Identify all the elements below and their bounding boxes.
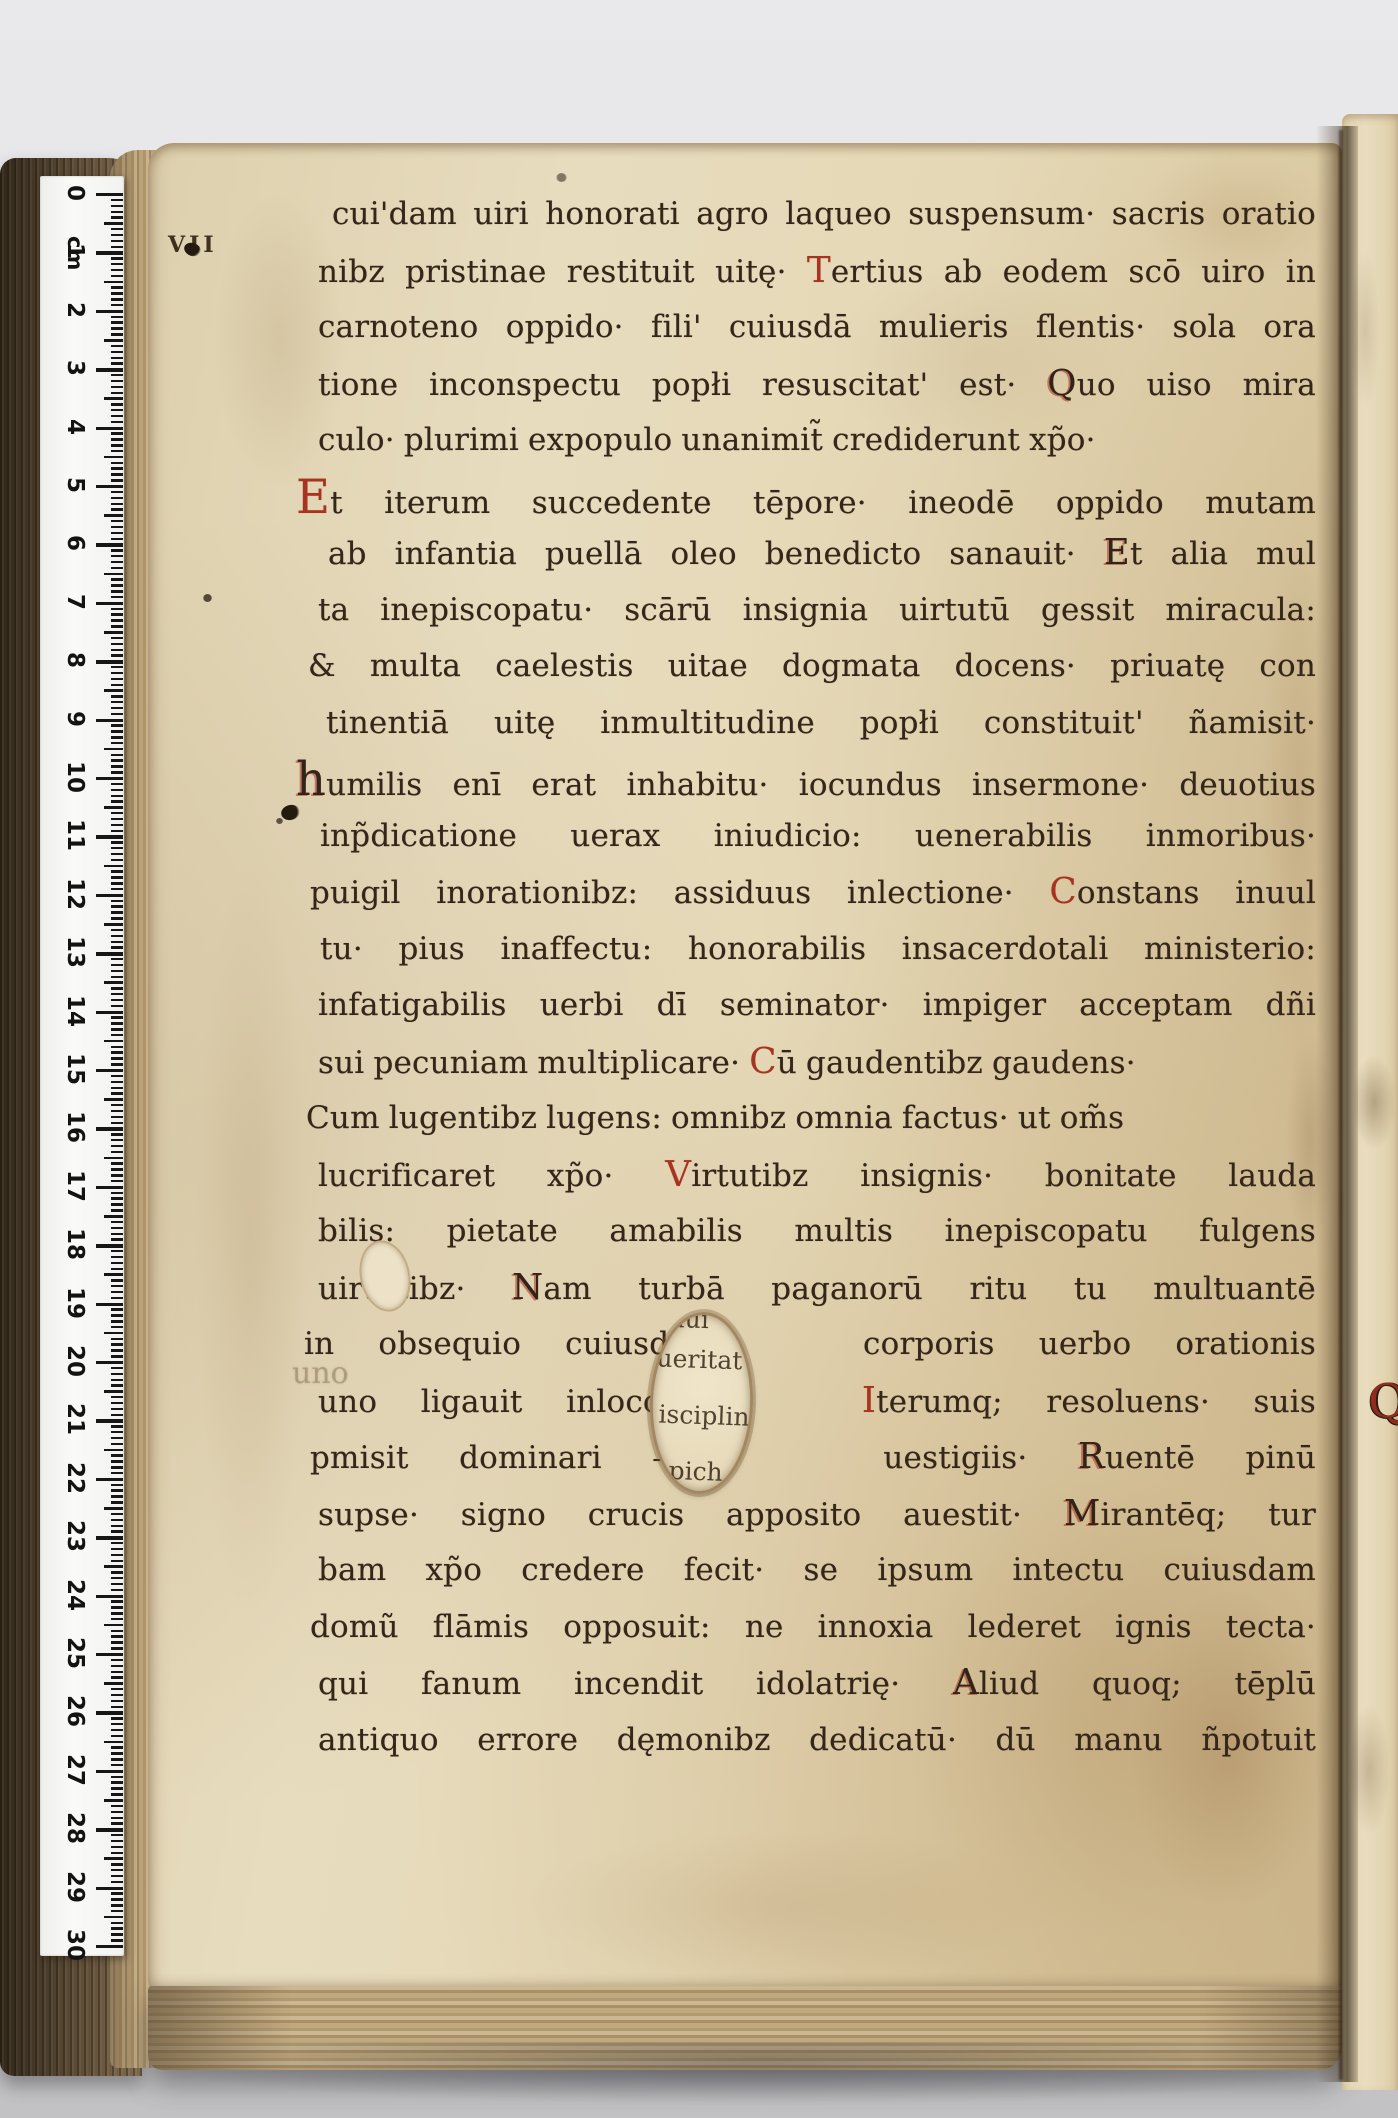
- ruler-tick: [111, 1542, 123, 1544]
- ruler-tick: [111, 421, 123, 423]
- ruler-tick: [111, 1519, 123, 1521]
- ruler-tick: [111, 1454, 123, 1456]
- ruler-tick: [111, 941, 123, 943]
- ruler-tick: [111, 444, 123, 446]
- ruler-tick: [111, 1513, 123, 1515]
- ruler-tick: [111, 228, 123, 230]
- ruler-tick: [96, 1186, 123, 1189]
- ruler-tick: [111, 1758, 123, 1760]
- ruler-tick: [111, 1922, 123, 1924]
- ruler-tick: [111, 596, 123, 598]
- ruler-tick: [111, 555, 123, 557]
- ruler-tick: [111, 386, 123, 388]
- ruler-tick: [111, 830, 123, 832]
- hole-underpage-text: pich: [668, 1456, 723, 1487]
- ruler-tick: [111, 1530, 123, 1532]
- ruler-tick: [104, 748, 123, 751]
- ruler-tick: [111, 1192, 123, 1194]
- ruler-tick: [111, 1700, 123, 1702]
- ruler-tick: [111, 374, 123, 376]
- ruler-tick: [111, 613, 123, 615]
- ink-blot: [556, 173, 567, 182]
- text-line: supse· signo crucis apposito auestit· Mi…: [296, 1486, 1316, 1543]
- hole-underpage-text: aui: [669, 1310, 709, 1334]
- ruler-tick: [111, 649, 123, 651]
- ruler-tick: [111, 999, 123, 1001]
- ruler-number: 11: [64, 818, 86, 852]
- ruler-tick: [111, 1396, 123, 1398]
- ruler-number: 29: [64, 1870, 86, 1904]
- ruler-tick: [111, 345, 123, 347]
- ruler-tick: [96, 1419, 123, 1422]
- ruler-tick: [96, 1828, 123, 1831]
- line-text: antiquo errore dęmonibz dedicatū· dū man…: [318, 1722, 1316, 1758]
- ruler-tick: [104, 1449, 123, 1452]
- ruler-tick: [111, 1606, 123, 1608]
- ruler-tick: [111, 795, 123, 797]
- line-text: irantēq; tur: [1101, 1497, 1316, 1533]
- ruler-tick: [111, 1694, 123, 1696]
- ruler-tick: [111, 643, 123, 645]
- ruler-tick: [111, 730, 123, 732]
- ruler-tick: [96, 660, 123, 663]
- ruler-unit-label: cm: [64, 236, 86, 270]
- ruler-tick: [104, 923, 123, 926]
- rubricated-initial: V: [665, 1154, 691, 1195]
- ruler-number: 27: [64, 1753, 86, 1787]
- ruler-tick: [111, 1320, 123, 1322]
- text-line: in obsequio cuiusdācorporis uerbo oratio…: [296, 1316, 1316, 1373]
- ruler-tick: [111, 1384, 123, 1386]
- ruler-tick: [111, 736, 123, 738]
- ruler-tick: [111, 853, 123, 855]
- ruler-tick: [111, 1717, 123, 1719]
- ruler-tick: [111, 1840, 123, 1842]
- ruler-tick: [111, 1338, 123, 1340]
- ruler-tick: [111, 246, 123, 248]
- ruler-tick: [111, 1869, 123, 1871]
- ruler-tick: [104, 1799, 123, 1802]
- ruler-tick: [111, 1326, 123, 1328]
- text-line: ab infantia puellā oleo benedicto sanaui…: [296, 525, 1316, 582]
- ruler-tick: [111, 380, 123, 382]
- ruler-tick: [111, 1425, 123, 1427]
- line-text: in obsequio cuiusdā: [304, 1326, 688, 1362]
- ruler-tick: [111, 1256, 123, 1258]
- ruler-tick: [111, 870, 123, 872]
- ruler-tick: [96, 1361, 123, 1364]
- ruler-tick: [111, 333, 123, 335]
- line-text: t alia mul: [1130, 536, 1316, 572]
- ruler-tick: [111, 508, 123, 510]
- ruler-tick: [111, 1466, 123, 1468]
- ruler-tick: [104, 1040, 123, 1043]
- ruler-number: 6: [64, 526, 86, 560]
- ruler-tick: [111, 257, 123, 259]
- ruler-tick: [111, 503, 123, 505]
- ruler-number: 16: [64, 1110, 86, 1144]
- line-text: tu· pius inaffectu: honorabilis insacerd…: [320, 931, 1316, 967]
- line-text: culo· plurimi expopulo unanimit̃ credide…: [318, 422, 1096, 458]
- text-line: puigil inorationibz: assiduus inlectione…: [296, 864, 1316, 921]
- ruler-tick: [104, 1624, 123, 1627]
- text-line: sui pecuniam multiplicare· Cū gaudentibz…: [296, 1034, 1316, 1091]
- ruler-tick: [111, 917, 123, 919]
- text-line: cui'dam uiri honorati agro laqueo suspen…: [296, 186, 1316, 243]
- line-text: pmisit dominari —: [310, 1440, 683, 1476]
- ruler-tick: [111, 1046, 123, 1048]
- ruler-tick: [96, 602, 123, 605]
- ruler-tick: [111, 812, 123, 814]
- ruler-tick: [111, 1133, 123, 1135]
- ruler-tick: [111, 672, 123, 674]
- ruler-tick: [111, 1764, 123, 1766]
- ruler-tick: [111, 1343, 123, 1345]
- ruler-tick: [111, 1554, 123, 1556]
- line-text: umilis enī erat inhabitu· iocundus inser…: [326, 767, 1316, 803]
- ruler-number: 0: [64, 176, 86, 210]
- line-text: cui'dam uiri honorati agro laqueo suspen…: [332, 196, 1316, 232]
- ruler-tick: [111, 578, 123, 580]
- ruler-tick: [111, 473, 123, 475]
- ruler-tick: [104, 456, 123, 459]
- text-line: qui fanum incendit idolatrię· Aliud quoq…: [296, 1655, 1316, 1712]
- ruler-tick: [111, 584, 123, 586]
- ruler-tick: [111, 1781, 123, 1783]
- ruler-tick: [111, 1489, 123, 1491]
- ruler-number: 20: [64, 1344, 86, 1378]
- ruler-number: 22: [64, 1461, 86, 1495]
- ruler-tick: [111, 765, 123, 767]
- ruler-tick: [111, 497, 123, 499]
- ruler-tick: [111, 905, 123, 907]
- ruler-tick: [111, 1431, 123, 1433]
- cm-ruler: 0123456789101112131415161718192021222324…: [40, 176, 124, 1956]
- ruler-tick: [111, 900, 123, 902]
- ruler-tick: [111, 993, 123, 995]
- ruler-tick: [96, 952, 123, 955]
- ruler-tick: [111, 409, 123, 411]
- text-line: & multa caelestis uitae dogmata docens· …: [296, 638, 1316, 695]
- ruler-tick: [111, 1863, 123, 1865]
- text-line: uno ligauit inloco·Iterumq; resoluens· s…: [296, 1373, 1316, 1430]
- text-line: tione inconspectu popłi resuscitat' est·…: [296, 356, 1316, 413]
- ruler-tick: [111, 608, 123, 610]
- book-drop-shadow: [120, 2042, 1398, 2106]
- ruler-tick: [111, 1933, 123, 1935]
- ruler-number: 19: [64, 1286, 86, 1320]
- rubricated-initial: I: [862, 1380, 876, 1421]
- ruler-tick: [111, 1145, 123, 1147]
- ruler-tick: [111, 205, 123, 207]
- ruler-tick: [111, 1116, 123, 1118]
- ruler-tick: [111, 724, 123, 726]
- ruler-tick: [111, 1414, 123, 1416]
- ruler-tick: [111, 269, 123, 271]
- ruler-tick: [111, 847, 123, 849]
- facing-page-initial-letter: Q: [1368, 1378, 1398, 1425]
- text-block: cui'dam uiri honorati agro laqueo suspen…: [296, 186, 1316, 1768]
- ruler-tick: [111, 1881, 123, 1883]
- ruler-number: 8: [64, 643, 86, 677]
- ruler-tick: [111, 1846, 123, 1848]
- line-text: ū gaudentibz gaudens·: [777, 1045, 1136, 1081]
- ruler-tick: [96, 368, 123, 371]
- ruler-tick: [111, 1355, 123, 1357]
- rubricated-initial: R: [1078, 1436, 1105, 1477]
- gutter-crease: [1339, 130, 1343, 2080]
- ruler-tick: [111, 304, 123, 306]
- rubricated-initial: Q: [1047, 363, 1076, 404]
- ruler-number: 3: [64, 351, 86, 385]
- ruler-tick: [111, 234, 123, 236]
- text-line: bam xp̃o credere fecit· se ipsum intectu…: [296, 1542, 1316, 1599]
- ruler-tick: [96, 485, 123, 488]
- text-line: Cum lugentibz lugens: omnibz omnia factu…: [296, 1090, 1316, 1147]
- ruler-tick: [104, 514, 123, 517]
- ruler-tick: [111, 1022, 123, 1024]
- ruler-tick: [111, 859, 123, 861]
- ruler-tick: [111, 1939, 123, 1941]
- ruler-tick: [111, 1379, 123, 1381]
- ruler-tick: [111, 1875, 123, 1877]
- ruler-tick: [111, 1308, 123, 1310]
- ruler-tick: [111, 415, 123, 417]
- line-text: carnoteno oppido· fili' cuiusdā mulieris…: [318, 309, 1316, 345]
- ruler-number: 7: [64, 585, 86, 619]
- text-line: domũ flāmis opposuit: ne innoxia lederet…: [296, 1599, 1316, 1656]
- ruler-tick: [104, 1273, 123, 1276]
- ruler-tick: [104, 281, 123, 284]
- ruler-tick: [111, 970, 123, 972]
- line-text: tinentiā uitę inmultitudine popłi consti…: [326, 705, 1316, 741]
- line-text: ab infantia puellā oleo benedicto sanaui…: [328, 536, 1104, 572]
- ruler-tick: [111, 321, 123, 323]
- text-line: lucrificaret xp̃o· Virtutibz insignis· b…: [296, 1147, 1316, 1204]
- ruler-tick: [96, 719, 123, 722]
- ruler-tick: [111, 1051, 123, 1053]
- ruler-tick: [111, 754, 123, 756]
- line-text: infatigabilis uerbi dī seminator· impige…: [318, 987, 1316, 1023]
- ruler-tick: [111, 1525, 123, 1527]
- ruler-tick: [111, 1577, 123, 1579]
- line-text: am turbā paganorū ritu tu multuantē: [543, 1271, 1316, 1307]
- ruler-tick: [111, 357, 123, 359]
- ruler-tick: [111, 1092, 123, 1094]
- ruler-tick: [96, 1011, 123, 1014]
- ruler-tick: [111, 713, 123, 715]
- ruler-tick: [111, 327, 123, 329]
- line-text: liud quoq; tēplū: [979, 1666, 1316, 1702]
- ruler-tick: [111, 1279, 123, 1281]
- line-text: uirtutibz·: [318, 1271, 512, 1307]
- ruler-tick: [104, 1215, 123, 1218]
- rubricated-initial: T: [807, 250, 831, 291]
- line-text: t iterum succedente tēpore· ineodē oppid…: [330, 485, 1316, 521]
- ruler-tick: [111, 946, 123, 948]
- line-text: uestigiis·: [883, 1440, 1078, 1476]
- line-text: & multa caelestis uitae dogmata docens· …: [308, 648, 1316, 684]
- ruler-tick: [111, 888, 123, 890]
- text-line: nibz pristinae restituit uitę· Tertius a…: [296, 243, 1316, 300]
- ruler-tick: [111, 1735, 123, 1737]
- ruler-tick: [111, 316, 123, 318]
- ruler-tick: [111, 1910, 123, 1912]
- ruler-tick: [111, 1583, 123, 1585]
- show-through-text: uno: [292, 1356, 349, 1391]
- ruler-tick: [111, 911, 123, 913]
- ruler-tick: [111, 1291, 123, 1293]
- ruler-tick: [111, 590, 123, 592]
- ruler-tick: [111, 1168, 123, 1170]
- ruler-tick: [111, 1811, 123, 1813]
- text-line: humilis enī erat inhabitu· iocundus inse…: [296, 751, 1316, 808]
- ruler-tick: [111, 1571, 123, 1573]
- text-line: uirtutibz· Nam turbā paganorū ritu tu mu…: [296, 1260, 1316, 1317]
- ruler-number: 28: [64, 1811, 86, 1845]
- ruler-tick: [104, 222, 123, 225]
- ruler-tick: [96, 835, 123, 838]
- ruler-tick: [111, 1898, 123, 1900]
- text-line: pmisit dominari —uestigiis· Ruentē pinū: [296, 1429, 1316, 1486]
- ruler-tick: [111, 625, 123, 627]
- stain: [1352, 1055, 1396, 1150]
- ruler-tick: [111, 1822, 123, 1824]
- ruler-tick: [111, 987, 123, 989]
- ruler-tick: [96, 427, 123, 430]
- ruler-tick: [111, 1151, 123, 1153]
- ruler-tick: [111, 1589, 123, 1591]
- ruler-tick: [111, 561, 123, 563]
- ruler-tick: [111, 532, 123, 534]
- ruler-tick: [111, 929, 123, 931]
- ruler-tick: [111, 1746, 123, 1748]
- line-text: uo uiso mira: [1077, 367, 1316, 403]
- ruler-tick: [96, 251, 123, 254]
- ruler-tick: [96, 193, 123, 196]
- ruler-tick: [111, 619, 123, 621]
- text-line: Et iterum succedente tēpore· ineodē oppi…: [296, 469, 1316, 526]
- ink-blot: [276, 818, 283, 824]
- ruler-tick: [111, 841, 123, 843]
- ruler-tick: [111, 1075, 123, 1077]
- ruler-number: 30: [64, 1928, 86, 1962]
- ruler-tick: [111, 1437, 123, 1439]
- ruler-tick: [111, 1460, 123, 1462]
- ruler-tick: [111, 1016, 123, 1018]
- ruler-tick: [96, 1770, 123, 1773]
- ruler-tick: [111, 1139, 123, 1141]
- ruler-tick: [111, 1600, 123, 1602]
- ruler-tick: [104, 1507, 123, 1510]
- ruler-tick: [111, 1238, 123, 1240]
- line-text: ertius ab eodem scō uiro in: [831, 254, 1316, 290]
- ruler-number: 14: [64, 994, 86, 1028]
- ruler-tick: [111, 362, 123, 364]
- ruler-tick: [111, 1793, 123, 1795]
- ruler-tick: [111, 1104, 123, 1106]
- text-line: culo· plurimi expopulo unanimit̃ credide…: [296, 412, 1316, 469]
- ruler-tick: [104, 1916, 123, 1919]
- ruler-tick: [111, 1087, 123, 1089]
- line-text: nibz pristinae restituit uitę·: [318, 254, 807, 290]
- line-text: bilis: pietate amabilis multis inepiscop…: [318, 1213, 1316, 1249]
- ruler-tick: [111, 298, 123, 300]
- ruler-tick: [111, 1402, 123, 1404]
- ruler-tick: [96, 1711, 123, 1714]
- ruler-tick: [111, 654, 123, 656]
- ruler-tick: [111, 1671, 123, 1673]
- ruler-number: 5: [64, 468, 86, 502]
- ruler-tick: [111, 1233, 123, 1235]
- text-line: tu· pius inaffectu: honorabilis insacerd…: [296, 921, 1316, 978]
- ruler-tick: [111, 520, 123, 522]
- line-text: uentē pinū: [1105, 1440, 1316, 1476]
- ruler-tick: [104, 689, 123, 692]
- ruler-tick: [111, 1209, 123, 1211]
- ruler-tick: [104, 631, 123, 634]
- line-text: qui fanum incendit idolatrię·: [318, 1666, 953, 1702]
- ruler-tick: [104, 1741, 123, 1744]
- ruler-tick: [111, 695, 123, 697]
- ruler-tick: [104, 1098, 123, 1101]
- ruler-tick: [111, 684, 123, 686]
- text-line: antiquo errore dęmonibz dedicatū· dū man…: [296, 1712, 1316, 1769]
- ruler-tick: [111, 824, 123, 826]
- manuscript-photo-scene: Q 01234567891011121314151617181920212223…: [0, 0, 1398, 2118]
- ruler-tick: [111, 1180, 123, 1182]
- ruler-tick: [111, 1548, 123, 1550]
- ruler-number: 13: [64, 935, 86, 969]
- ruler-tick: [111, 1227, 123, 1229]
- ruler-tick: [111, 286, 123, 288]
- ruler-tick: [111, 1268, 123, 1270]
- ruler-tick: [111, 935, 123, 937]
- ruler-tick: [111, 1162, 123, 1164]
- ruler-tick: [111, 976, 123, 978]
- ruler-tick: [111, 1122, 123, 1124]
- rubricated-initial: C: [1049, 871, 1076, 912]
- ruler-tick: [111, 742, 123, 744]
- ruler-number: 4: [64, 410, 86, 444]
- line-text: supse· signo crucis apposito auestit·: [318, 1497, 1064, 1533]
- ruler-number: 10: [64, 760, 86, 794]
- text-line: ta inepiscopatu· scārū insignia uirtutū …: [296, 582, 1316, 639]
- ruler-tick: [96, 1536, 123, 1539]
- ruler-tick: [111, 1729, 123, 1731]
- rubricated-initial: M: [1064, 1493, 1101, 1534]
- ruler-tick: [111, 1834, 123, 1836]
- ruler-tick: [111, 1647, 123, 1649]
- ruler-tick: [111, 1443, 123, 1445]
- ruler-tick: [96, 1887, 123, 1890]
- ruler-tick: [111, 1367, 123, 1369]
- rubricated-initial: N: [512, 1267, 543, 1308]
- line-text: irtutibz insignis· bonitate lauda: [691, 1158, 1316, 1194]
- ruler-tick: [111, 1852, 123, 1854]
- line-text: lucrificaret xp̃o·: [318, 1158, 665, 1194]
- ruler-tick: [96, 1303, 123, 1306]
- ruler-tick: [111, 1904, 123, 1906]
- rubricated-initial: C: [749, 1041, 776, 1082]
- ruler-number: 9: [64, 702, 86, 736]
- hole-underpage-text: ueritat: [656, 1343, 743, 1375]
- ruler-tick: [111, 1752, 123, 1754]
- ruler-tick: [111, 789, 123, 791]
- ruler-tick: [111, 958, 123, 960]
- ruler-tick: [111, 263, 123, 265]
- ruler-tick: [96, 1069, 123, 1072]
